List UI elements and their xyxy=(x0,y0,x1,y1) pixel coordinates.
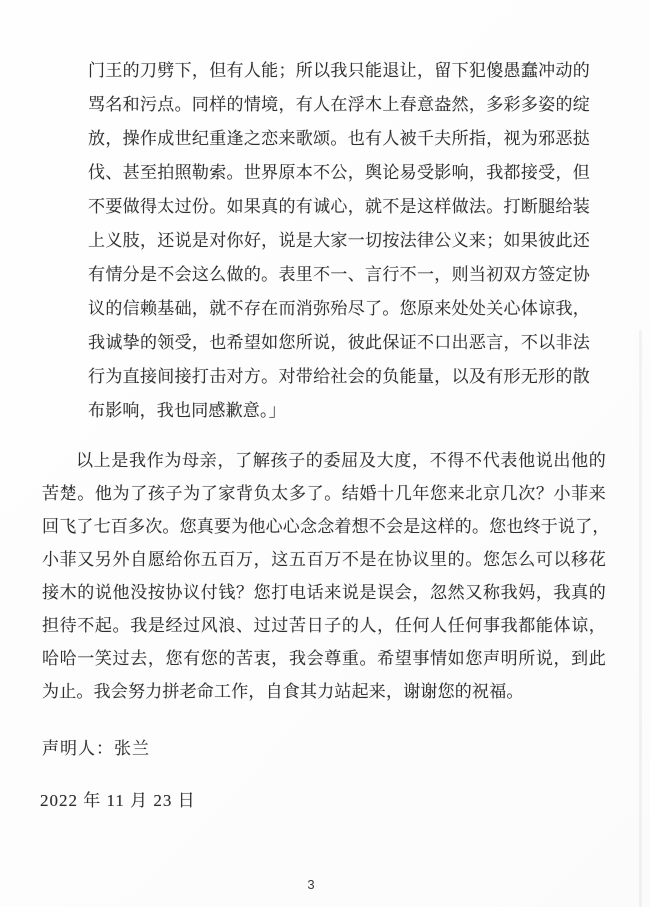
text-line: 以上是我作为母亲，了解孩子的委屈及大度，不得不代表他说出他的 xyxy=(42,444,606,477)
statement-body-paragraph: 以上是我作为母亲，了解孩子的委屈及大度，不得不代表他说出他的苦楚。他为了孩子为了… xyxy=(42,444,606,708)
text-line: 苦楚。他为了孩子为了家背负太多了。结婚十几年您来北京几次？小菲来 xyxy=(42,477,606,510)
text-line: 行为直接间接打击对方。对带给社会的负能量，以及有形无形的散 xyxy=(88,360,590,394)
text-line: 上义肢，还说是对你好，说是大家一切按法律公义来；如果彼此还 xyxy=(88,224,590,258)
text-line: 门王的刀劈下，但有人能；所以我只能退让，留下犯傻愚蠢冲动的 xyxy=(88,54,590,88)
text-line: 我诚挚的领受，也希望如您所说，彼此保证不口出恶言，不以非法 xyxy=(88,326,590,360)
text-line: 议的信赖基础，就不存在而消弥殆尽了。您原来处处关心体谅我， xyxy=(88,292,590,326)
text-line: 哈哈一笑过去，您有您的苦衷，我会尊重。希望事情如您声明所说，到此 xyxy=(42,642,606,675)
text-line: 不要做得太过份。如果真的有诚心，就不是这样做法。打断腿给装 xyxy=(88,190,590,224)
text-line: 骂名和污点。同样的情境，有人在浮木上春意盎然，多彩多姿的绽 xyxy=(88,88,590,122)
text-line: 伐、甚至拍照勒索。世界原本不公，舆论易受影响，我都接受，但 xyxy=(88,156,590,190)
text-line: 小菲又另外自愿给你五百万，这五百万不是在协议里的。您怎么可以移花 xyxy=(42,543,606,576)
quoted-statement-block: 门王的刀劈下，但有人能；所以我只能退让，留下犯傻愚蠢冲动的骂名和污点。同样的情境… xyxy=(88,54,590,428)
document-page: 门王的刀劈下，但有人能；所以我只能退让，留下犯傻愚蠢冲动的骂名和污点。同样的情境… xyxy=(0,0,650,907)
text-line: 放，操作成世纪重逢之恋来歌颂。也有人被千夫所指，视为邪恶挞 xyxy=(88,122,590,156)
text-line: 有情分是不会这么做的。表里不一、言行不一，则当初双方签定协 xyxy=(88,258,590,292)
signature-line: 声明人：张兰 xyxy=(42,734,150,759)
text-line: 回飞了七百多次。您真要为他心心念念着想不会是这样的。您也终于说了， xyxy=(42,510,606,543)
scan-edge-artifact xyxy=(639,330,642,907)
text-line: 为止。我会努力拼老命工作，自食其力站起来，谢谢您的祝福。 xyxy=(42,675,606,708)
text-line: 担待不起。我是经过风浪、过过苦日子的人，任何人任何事我都能体谅， xyxy=(42,609,606,642)
text-line: 布影响，我也同感歉意。」 xyxy=(88,394,590,428)
text-line: 接木的说他没按协议付钱？您打电话来说是误会，忽然又称我妈，我真的 xyxy=(42,576,606,609)
page-number: 3 xyxy=(0,877,622,892)
date-line: 2022 年 11 月 23 日 xyxy=(40,786,196,811)
